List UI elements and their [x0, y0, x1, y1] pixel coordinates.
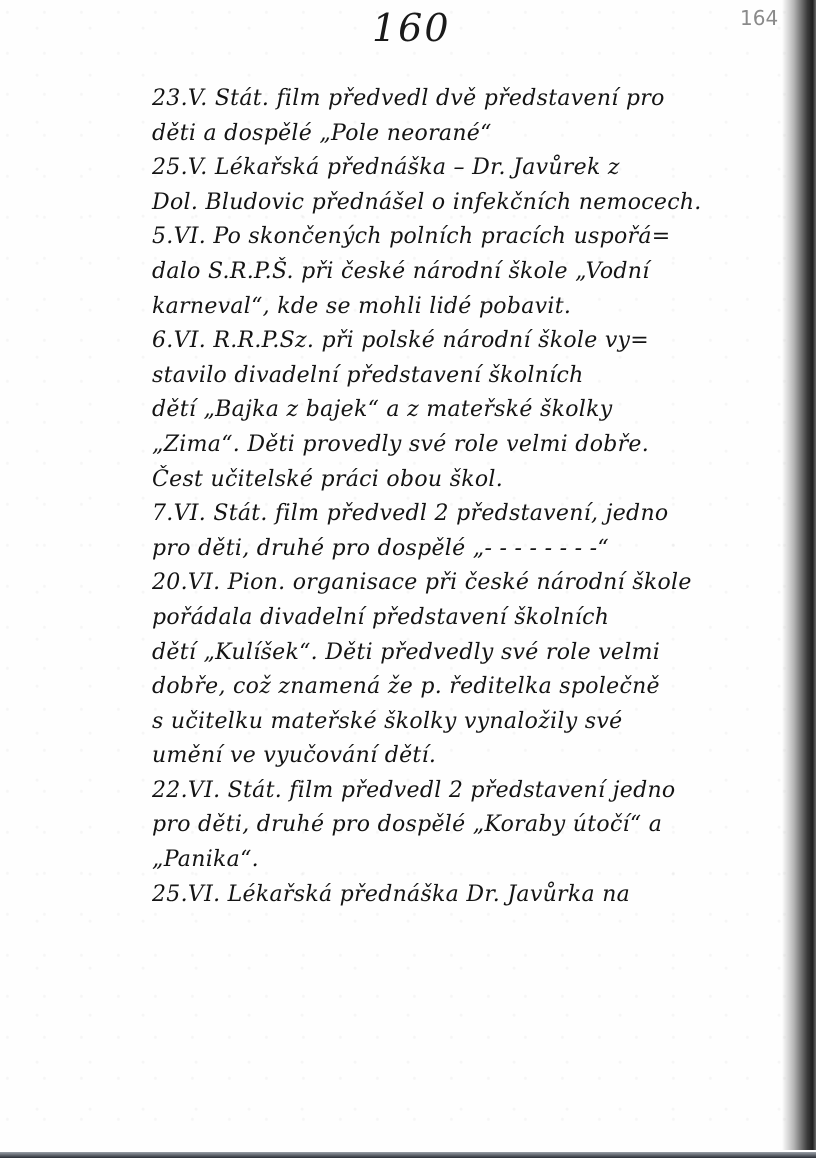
text-line: „Panika“.: [152, 843, 722, 878]
text-line: 6.VI. R.R.P.Sz. při polské národní škole…: [152, 324, 722, 359]
text-line: 25.V. Lékařská přednáška – Dr. Javůrek z: [152, 151, 722, 186]
text-line: dobře, což znamená že p. ředitelka spole…: [152, 670, 722, 705]
text-line: „Zima“. Děti provedly své role velmi dob…: [152, 428, 722, 463]
text-line: děti a dospělé „Pole neorané“: [152, 117, 722, 152]
text-line: Čest učitelské práci obou škol.: [152, 463, 722, 498]
book-binding-shadow: [782, 0, 816, 1150]
text-line: s učitelku mateřské školky vynaložily sv…: [152, 705, 722, 740]
handwritten-text-block: 23.V. Stát. film předvedl dvě představen…: [152, 82, 722, 912]
text-line: Dol. Bludovic přednášel o infekčních nem…: [152, 186, 722, 221]
text-line: pro děti, druhé pro dospělé „- - - - - -…: [152, 532, 722, 567]
text-line: 5.VI. Po skončených polních pracích uspo…: [152, 220, 722, 255]
text-line: dalo S.R.P.Š. při české národní škole „V…: [152, 255, 722, 290]
text-line: umění ve vyučování dětí.: [152, 739, 722, 774]
scanner-bottom-edge: [0, 1152, 816, 1158]
page-number: 160: [372, 6, 451, 50]
text-line: 23.V. Stát. film předvedl dvě představen…: [152, 82, 722, 117]
archive-number: 164: [740, 6, 778, 30]
text-line: stavilo divadelní představení školních: [152, 359, 722, 394]
text-line: dětí „Kulíšek“. Děti předvedly své role …: [152, 636, 722, 671]
text-line: 20.VI. Pion. organisace při české národn…: [152, 566, 722, 601]
text-line: 22.VI. Stát. film předvedl 2 představení…: [152, 774, 722, 809]
text-line: pro děti, druhé pro dospělé „Koraby útoč…: [152, 808, 722, 843]
text-line: 25.VI. Lékařská přednáška Dr. Javůrka na: [152, 878, 722, 913]
text-line: 7.VI. Stát. film předvedl 2 představení,…: [152, 497, 722, 532]
text-line: karneval“, kde se mohli lidé pobavit.: [152, 290, 722, 325]
scanned-page: 160 164 23.V. Stát. film předvedl dvě př…: [0, 0, 816, 1158]
text-line: pořádala divadelní představení školních: [152, 601, 722, 636]
text-line: dětí „Bajka z bajek“ a z mateřské školky: [152, 393, 722, 428]
